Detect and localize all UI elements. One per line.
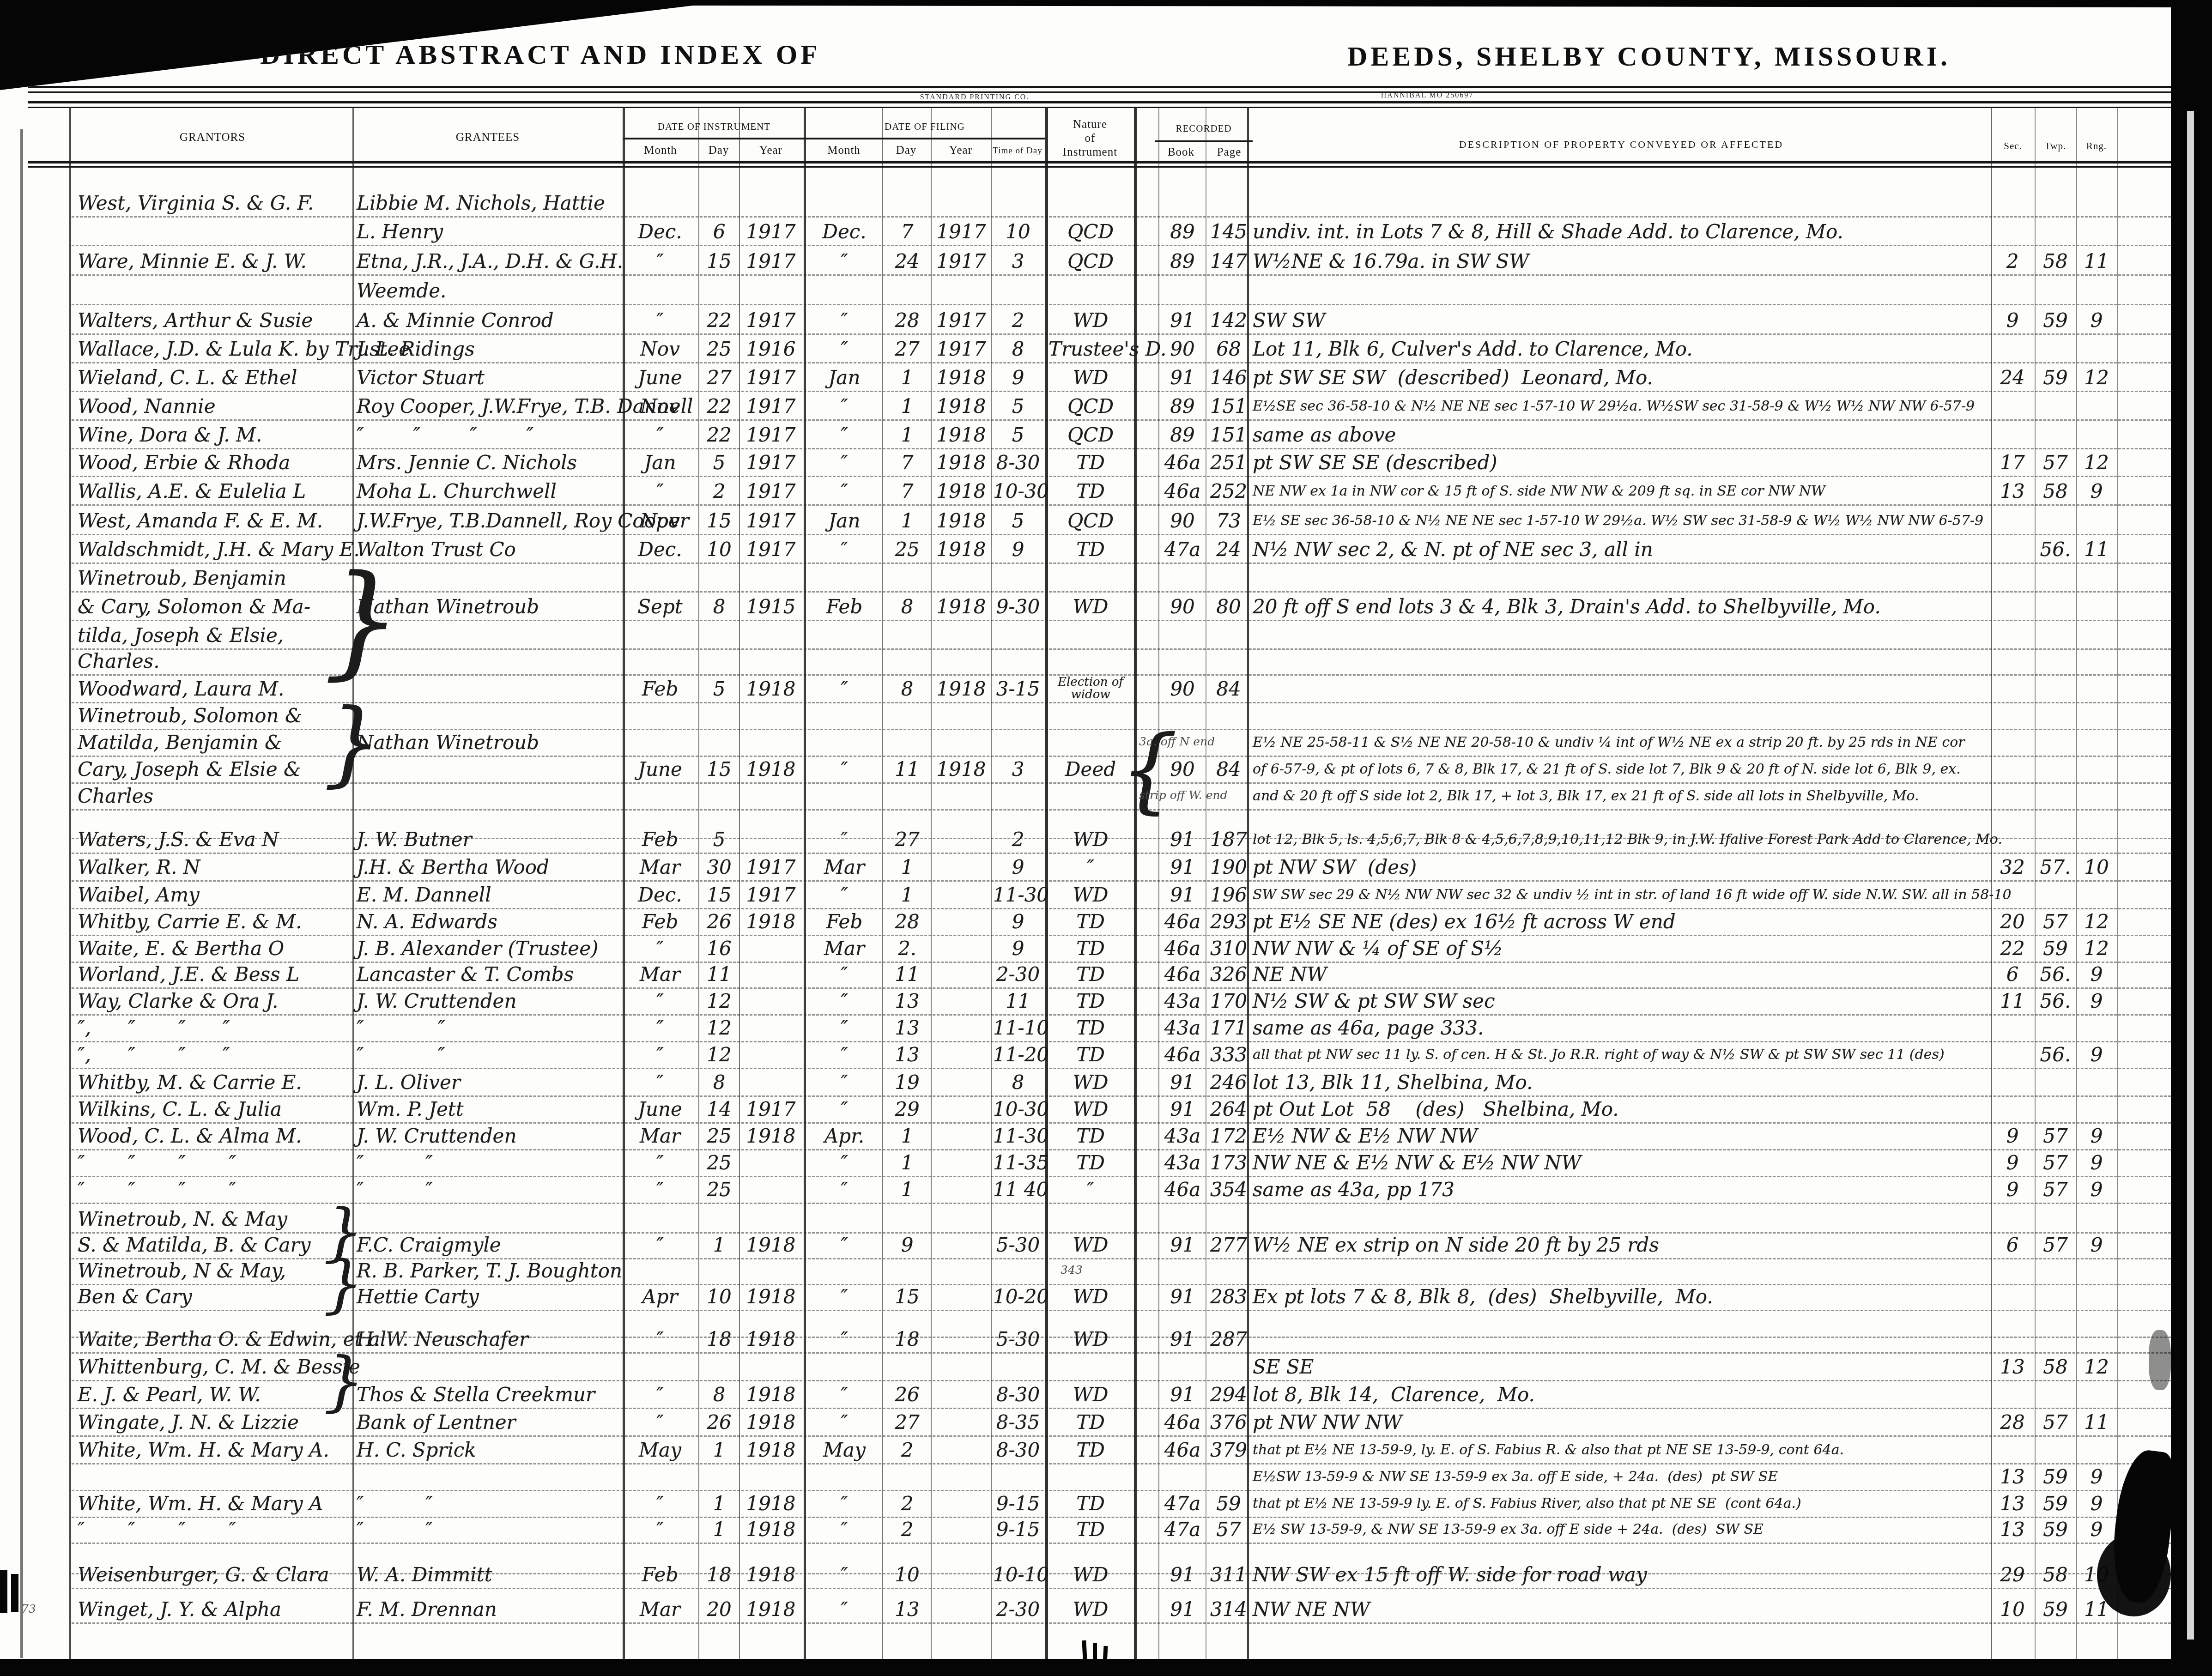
grantor-name: Walters, Arthur & Susie (78, 308, 313, 334)
recorded-page: 170 (1207, 988, 1250, 1015)
instrument-day: 27 (700, 365, 738, 392)
instrument-month: Mar (625, 1597, 695, 1623)
filing-month: ″ (807, 1410, 881, 1436)
instrument-year: 1918 (741, 1123, 801, 1150)
filing-day: 1 (885, 508, 929, 535)
filing-month: ″ (807, 336, 881, 363)
property-description: E½ NE 25-58-11 & S½ NE NE 20-58-10 & und… (1253, 730, 1965, 756)
instrument-year: 1918 (741, 1382, 801, 1409)
filing-year: 1918 (933, 422, 989, 449)
group-underline-recorded (1155, 140, 1253, 142)
instrument-month: ″ (625, 1042, 695, 1069)
instrument-month: June (625, 756, 695, 783)
col-header-nature-line3: Instrument (1047, 146, 1133, 159)
filing-day: 2 (885, 1437, 929, 1464)
section-number: 13 (1993, 1464, 2032, 1491)
filing-day: 28 (885, 308, 929, 334)
nature-of-instrument: WD (1048, 827, 1133, 853)
property-description: E½SW 13-59-9 & NW SE 13-59-9 ex 3a. off … (1253, 1464, 1778, 1491)
filing-month: ″ (807, 537, 881, 563)
margin-note: 73 (21, 1603, 36, 1615)
instrument-month: May (625, 1437, 695, 1464)
margin-mark (11, 1574, 18, 1612)
instrument-month: ″ (625, 1517, 695, 1543)
recorded-page: 246 (1207, 1070, 1250, 1096)
recorded-page: 314 (1207, 1597, 1250, 1623)
grantor-name: Winget, J. Y. & Alpha (78, 1597, 281, 1623)
section-number: 13 (1993, 1517, 2032, 1543)
filing-month: Mar (807, 854, 881, 881)
range-number: 11 (2078, 248, 2115, 275)
filing-day: 1 (885, 882, 929, 909)
recorded-book: 46a (1160, 936, 1205, 962)
filing-time-of-day: 3 (993, 248, 1043, 275)
grantor-name: ″ ″ ″ ″ (78, 1150, 236, 1177)
township-number: 58 (2036, 1562, 2075, 1589)
grouping-brace: } (323, 1350, 365, 1412)
recorded-page: 24 (1207, 537, 1250, 563)
recorded-book: 46a (1160, 962, 1205, 988)
nature-of-instrument: TD (1048, 1042, 1133, 1069)
col-header-description: Description of Property Conveyed or Affe… (1254, 139, 1988, 151)
filing-month: ″ (807, 1042, 881, 1069)
grid-line (1206, 107, 1206, 1659)
property-description: E½SE sec 36-58-10 & N½ NE NE sec 1-57-10… (1253, 393, 1975, 420)
recorded-book: 91 (1160, 1070, 1205, 1096)
filing-month: ″ (807, 1382, 881, 1409)
instrument-month: Feb (625, 676, 695, 703)
filing-month: ″ (807, 1232, 881, 1259)
instrument-month: Mar (625, 1123, 695, 1150)
grantee-name: Nathan Winetroub (357, 730, 539, 756)
property-description: Lot 11, Blk 6, Culver's Add. to Clarence… (1253, 336, 1693, 363)
recorded-book: 91 (1160, 1096, 1205, 1123)
section-number: 10 (1993, 1597, 2032, 1623)
instrument-year: 1917 (741, 854, 801, 881)
property-description: E½ NW & E½ NW NW (1253, 1123, 1478, 1150)
filing-day: 24 (885, 248, 929, 275)
grantor-name: Winetroub, Solomon & (78, 703, 302, 730)
pencil-annotation: 3a. off N end (1139, 735, 1215, 748)
instrument-day: 12 (700, 1015, 738, 1042)
filing-year: 1918 (933, 676, 989, 703)
recorded-book: 89 (1160, 393, 1205, 420)
recorded-page: 57 (1207, 1517, 1250, 1543)
recorded-book: 91 (1160, 1562, 1205, 1589)
grid-line (2076, 107, 2077, 1659)
filing-time-of-day: 2 (993, 827, 1043, 853)
grantee-name: J. B. Alexander (Trustee) (357, 936, 598, 962)
grantee-name: Wm. P. Jett (357, 1096, 464, 1123)
filing-day: 27 (885, 336, 929, 363)
grantee-name: F.C. Craigmyle (357, 1232, 501, 1259)
instrument-month: ″ (625, 478, 695, 505)
filing-month: ″ (807, 478, 881, 505)
filing-month: Apr. (807, 1123, 881, 1150)
printer-mark-left: STANDARD PRINTING CO. (905, 93, 1044, 102)
grantor-name: Whittenburg, C. M. & Bessie (78, 1354, 360, 1381)
filing-month: ″ (807, 1070, 881, 1096)
range-number: 9 (2078, 1491, 2115, 1518)
instrument-month: June (625, 365, 695, 392)
filing-day: 13 (885, 1015, 929, 1042)
recorded-page: 173 (1207, 1150, 1250, 1177)
instrument-year: 1918 (741, 1437, 801, 1464)
rule-band (28, 101, 2171, 103)
instrument-year: 1917 (741, 219, 801, 246)
instrument-year: 1918 (741, 756, 801, 783)
filing-time-of-day: 11-20 (993, 1042, 1043, 1069)
township-number: 58 (2036, 1354, 2075, 1381)
recorded-book: 43a (1160, 988, 1205, 1015)
filing-year: 1918 (933, 508, 989, 535)
instrument-day: 12 (700, 1042, 738, 1069)
nature-of-instrument: TD (1048, 988, 1133, 1015)
nature-of-instrument: TD (1048, 1123, 1133, 1150)
instrument-month: Mar (625, 962, 695, 988)
grantor-name: Wood, Erbie & Rhoda (78, 450, 290, 477)
instrument-year: 1918 (741, 1326, 801, 1353)
property-description: same as above (1253, 422, 1396, 449)
range-number: 9 (2078, 1464, 2115, 1491)
filing-day: 11 (885, 756, 929, 783)
ruled-line (72, 702, 2171, 703)
nature-of-instrument: TD (1048, 1150, 1133, 1177)
instrument-day: 10 (700, 1284, 738, 1311)
nature-of-instrument: WD (1048, 1096, 1133, 1123)
range-number: 9 (2078, 1177, 2115, 1204)
recorded-page: 277 (1207, 1232, 1250, 1259)
nature-of-instrument: TD (1048, 450, 1133, 477)
grantor-name: Wilkins, C. L. & Julia (78, 1096, 282, 1123)
col-header-twp: Twp. (2035, 140, 2076, 152)
filing-day: 25 (885, 537, 929, 563)
range-number: 9 (2078, 1232, 2115, 1259)
township-number: 59 (2036, 1464, 2075, 1491)
instrument-day: 15 (700, 756, 738, 783)
township-number: 56. (2036, 537, 2075, 563)
recorded-book: 90 (1160, 508, 1205, 535)
filing-day: 26 (885, 1382, 929, 1409)
range-number: 9 (2078, 1517, 2115, 1543)
grid-line (1045, 107, 1048, 1659)
nature-of-instrument: WD (1048, 1326, 1133, 1353)
grantee-name: J.H. & Bertha Wood (357, 854, 549, 881)
township-number: 59 (2036, 1597, 2075, 1623)
range-number: 11 (2078, 537, 2115, 563)
recorded-page: 311 (1207, 1562, 1250, 1589)
instrument-day: 8 (700, 1070, 738, 1096)
recorded-book: 91 (1160, 827, 1205, 853)
township-number: 58 (2036, 478, 2075, 505)
filing-day: 7 (885, 478, 929, 505)
filing-year: 1918 (933, 478, 989, 505)
instrument-year: 1917 (741, 450, 801, 477)
recorded-page: 172 (1207, 1123, 1250, 1150)
recorded-book: 43a (1160, 1123, 1205, 1150)
instrument-day: 1 (700, 1491, 738, 1518)
filing-year: 1918 (933, 450, 989, 477)
filing-month: ″ (807, 1177, 881, 1204)
recorded-page: 354 (1207, 1177, 1250, 1204)
filing-time-of-day: 10-20 (993, 1284, 1043, 1311)
property-description: pt E½ SE NE (des) ex 16½ ft across W end (1253, 909, 1676, 936)
filing-day: 1 (885, 1177, 929, 1204)
recorded-page: 171 (1207, 1015, 1250, 1042)
township-number: 57 (2036, 1123, 2075, 1150)
filing-day: 27 (885, 827, 929, 853)
instrument-day: 18 (700, 1326, 738, 1353)
recorded-book: 91 (1160, 1597, 1205, 1623)
nature-of-instrument: TD (1048, 1517, 1133, 1543)
instrument-year: 1918 (741, 1410, 801, 1436)
filing-day: 28 (885, 909, 929, 936)
recorded-page: 151 (1207, 393, 1250, 420)
filing-month: Feb (807, 594, 881, 621)
page-edge-shadow (20, 129, 23, 1658)
instrument-day: 16 (700, 936, 738, 962)
township-number: 56. (2036, 1042, 2075, 1069)
recorded-book: 46a (1160, 909, 1205, 936)
grantee-name: Hettie Carty (357, 1284, 479, 1311)
instrument-day: 11 (700, 962, 738, 988)
grantor-name: Wood, C. L. & Alma M. (78, 1123, 302, 1150)
filing-time-of-day: 2-30 (993, 1597, 1043, 1623)
grantor-name: ″ ″ ″ ″ (78, 1177, 236, 1204)
instrument-month: Sept (625, 594, 695, 621)
township-number: 57 (2036, 909, 2075, 936)
instrument-month: ″ (625, 248, 695, 275)
grantor-name: ″, ″ ″ ″ (78, 1042, 230, 1069)
recorded-page: 147 (1207, 248, 1250, 275)
nature-of-instrument: TD (1048, 1410, 1133, 1436)
col-header-instrument-year: Year (740, 144, 802, 157)
filing-year: 1917 (933, 248, 989, 275)
col-header-page: Page (1206, 146, 1252, 159)
property-description: and & 20 ft off S side lot 2, Blk 17, + … (1253, 783, 1919, 810)
nature-of-instrument: TD (1048, 909, 1133, 936)
grantee-name: R. B. Parker, T. J. Boughton (357, 1258, 622, 1285)
section-number: 6 (1993, 1232, 2032, 1259)
property-description: pt SW SE SE (described) (1253, 450, 1497, 477)
instrument-day: 6 (700, 219, 738, 246)
property-description: pt NW NW NW (1253, 1410, 1402, 1436)
recorded-page: 376 (1207, 1410, 1250, 1436)
filing-time-of-day: 8-35 (993, 1410, 1043, 1436)
instrument-year: 1917 (741, 1096, 801, 1123)
recorded-book: 46a (1160, 1437, 1205, 1464)
scanned-ledger-document: { "page": { "title_left": "DIRECT ABSTRA… (0, 0, 2212, 1676)
recorded-page: 333 (1207, 1042, 1250, 1069)
filing-month: Jan (807, 508, 881, 535)
filing-day: 27 (885, 1410, 929, 1436)
range-number: 12 (2078, 450, 2115, 477)
instrument-day: 8 (700, 594, 738, 621)
col-header-filing-month: Month (807, 144, 880, 157)
filing-month: Dec. (807, 219, 881, 246)
rule-band (28, 161, 2171, 163)
instrument-day: 18 (700, 1562, 738, 1589)
filing-time-of-day: 8 (993, 336, 1043, 363)
grantor-name: Wingate, J. N. & Lizzie (78, 1410, 299, 1436)
section-number: 24 (1993, 365, 2032, 392)
grantor-name: S. & Matilda, B. & Cary (78, 1232, 310, 1259)
recorded-page: 310 (1207, 936, 1250, 962)
instrument-day: 25 (700, 1177, 738, 1204)
filing-day: 10 (885, 1562, 929, 1589)
section-number: 9 (1993, 1177, 2032, 1204)
property-description: E½ SW 13-59-9, & NW SE 13-59-9 ex 3a. of… (1253, 1517, 1764, 1543)
filing-time-of-day: 2-30 (993, 962, 1043, 988)
nature-of-instrument: WD (1048, 594, 1133, 621)
nature-of-instrument: WD (1048, 1562, 1133, 1589)
township-number: 59 (2036, 365, 2075, 392)
nature-of-instrument: TD (1048, 537, 1133, 563)
instrument-day: 5 (700, 827, 738, 853)
filing-time-of-day: 9 (993, 537, 1043, 563)
recorded-page: 196 (1207, 882, 1250, 909)
recorded-page: 146 (1207, 365, 1250, 392)
property-description: SE SE (1253, 1354, 1314, 1381)
recorded-page: 326 (1207, 962, 1250, 988)
instrument-year: 1918 (741, 1284, 801, 1311)
instrument-month: ″ (625, 1232, 695, 1259)
filing-time-of-day: 5 (993, 508, 1043, 535)
grantee-name: ″ ″ (357, 1491, 433, 1518)
range-number: 9 (2078, 478, 2115, 505)
section-number: 9 (1993, 1150, 2032, 1177)
filing-day: 18 (885, 1326, 929, 1353)
instrument-year: 1918 (741, 1232, 801, 1259)
filing-time-of-day: 11-35 (993, 1150, 1043, 1177)
instrument-month: ″ (625, 1150, 695, 1177)
grouping-brace: } (323, 562, 402, 679)
recorded-page: 379 (1207, 1437, 1250, 1464)
instrument-day: 1 (700, 1517, 738, 1543)
nature-of-instrument: QCD (1048, 219, 1133, 246)
recorded-page: 252 (1207, 478, 1250, 505)
instrument-month: ″ (625, 1326, 695, 1353)
grid-line (2035, 107, 2036, 1659)
pencil-annotation: 343 (1061, 1264, 1083, 1277)
nature-of-instrument: ″ (1048, 1177, 1133, 1204)
filing-day: 8 (885, 676, 929, 703)
section-number: 17 (1993, 450, 2032, 477)
instrument-month: Dec. (625, 219, 695, 246)
ink-blotch (2149, 1330, 2171, 1390)
township-number: 59 (2036, 936, 2075, 962)
instrument-year: 1918 (741, 1491, 801, 1518)
recorded-book: 91 (1160, 854, 1205, 881)
property-description: W½ NE ex strip on N side 20 ft by 25 rds (1253, 1232, 1659, 1259)
grantee-name: J. L. Oliver (357, 1070, 461, 1096)
grantee-name: H. W. Neuschafer (357, 1326, 528, 1353)
section-number: 28 (1993, 1410, 2032, 1436)
nature-of-instrument: TD (1048, 962, 1133, 988)
grantee-name: Victor Stuart (357, 365, 485, 392)
range-number: 12 (2078, 936, 2115, 962)
instrument-month: Feb (625, 909, 695, 936)
grantee-name: N. A. Edwards (357, 909, 497, 936)
instrument-day: 25 (700, 1123, 738, 1150)
recorded-page: 251 (1207, 450, 1250, 477)
filing-month: ″ (807, 1491, 881, 1518)
instrument-month: ″ (625, 1177, 695, 1204)
filing-year: 1917 (933, 219, 989, 246)
instrument-month: Jan (625, 450, 695, 477)
nature-of-instrument: WD (1048, 1597, 1133, 1623)
filing-month: May (807, 1437, 881, 1464)
filing-day: 13 (885, 1042, 929, 1069)
filing-time-of-day: 9-15 (993, 1517, 1043, 1543)
instrument-month: ″ (625, 1382, 695, 1409)
instrument-year: 1917 (741, 393, 801, 420)
grantee-name: ″ ″ (357, 1517, 433, 1543)
grantee-name: E. M. Dannell (357, 882, 491, 909)
recorded-book: 46a (1160, 450, 1205, 477)
filing-time-of-day: 5 (993, 393, 1043, 420)
nature-of-instrument: Trustee's D. (1048, 336, 1133, 363)
recorded-page: 84 (1207, 676, 1250, 703)
instrument-month: ″ (625, 1015, 695, 1042)
filing-day: 7 (885, 219, 929, 246)
grid-line (69, 107, 71, 1659)
grouping-brace: } (323, 1254, 364, 1314)
nature-of-instrument: WD (1048, 1382, 1133, 1409)
col-header-rng: Rng. (2077, 140, 2116, 152)
grantee-name: Mrs. Jennie C. Nichols (357, 450, 577, 477)
grantor-name: Weisenburger, G. & Clara (78, 1562, 329, 1589)
filing-day: 7 (885, 450, 929, 477)
recorded-book: 47a (1160, 1491, 1205, 1518)
recorded-page: 287 (1207, 1326, 1250, 1353)
section-number: 2 (1993, 248, 2032, 275)
col-header-nature-line1: Nature (1047, 118, 1133, 131)
recorded-book: 91 (1160, 1382, 1205, 1409)
filing-month: ″ (807, 393, 881, 420)
filing-month: Feb (807, 909, 881, 936)
instrument-month: ″ (625, 422, 695, 449)
recorded-book: 46a (1160, 1042, 1205, 1069)
col-header-date-of-filing: Date of Filing (805, 121, 1045, 133)
range-number: 9 (2078, 988, 2115, 1015)
grantor-name: & Cary, Solomon & Ma- (78, 594, 310, 621)
filing-day: 2 (885, 1517, 929, 1543)
rule-band (28, 166, 2171, 168)
filing-time-of-day: 10 (993, 219, 1043, 246)
section-number: 32 (1993, 854, 2032, 881)
nature-of-instrument: WD (1048, 308, 1133, 334)
col-header-book: Book (1158, 146, 1205, 159)
recorded-page: 151 (1207, 422, 1250, 449)
property-description: lot 12, Blk 5, ls. 4,5,6,7, Blk 8 & 4,5,… (1253, 827, 2002, 853)
instrument-year: 1917 (741, 248, 801, 275)
recorded-book: 89 (1160, 422, 1205, 449)
section-number: 29 (1993, 1562, 2032, 1589)
filing-time-of-day: 5-30 (993, 1326, 1043, 1353)
instrument-day: 15 (700, 248, 738, 275)
nature-of-instrument: ″ (1048, 854, 1133, 881)
group-underline-filing (805, 138, 1045, 139)
filing-time-of-day: 11-10 (993, 1015, 1043, 1042)
instrument-day: 15 (700, 508, 738, 535)
nature-of-instrument: TD (1048, 1437, 1133, 1464)
range-number: 9 (2078, 308, 2115, 334)
section-number: 13 (1993, 1354, 2032, 1381)
filing-day: 1 (885, 422, 929, 449)
property-description: that pt E½ NE 13-59-9, ly. E. of S. Fabi… (1253, 1437, 1844, 1464)
filing-month: Jan (807, 365, 881, 392)
